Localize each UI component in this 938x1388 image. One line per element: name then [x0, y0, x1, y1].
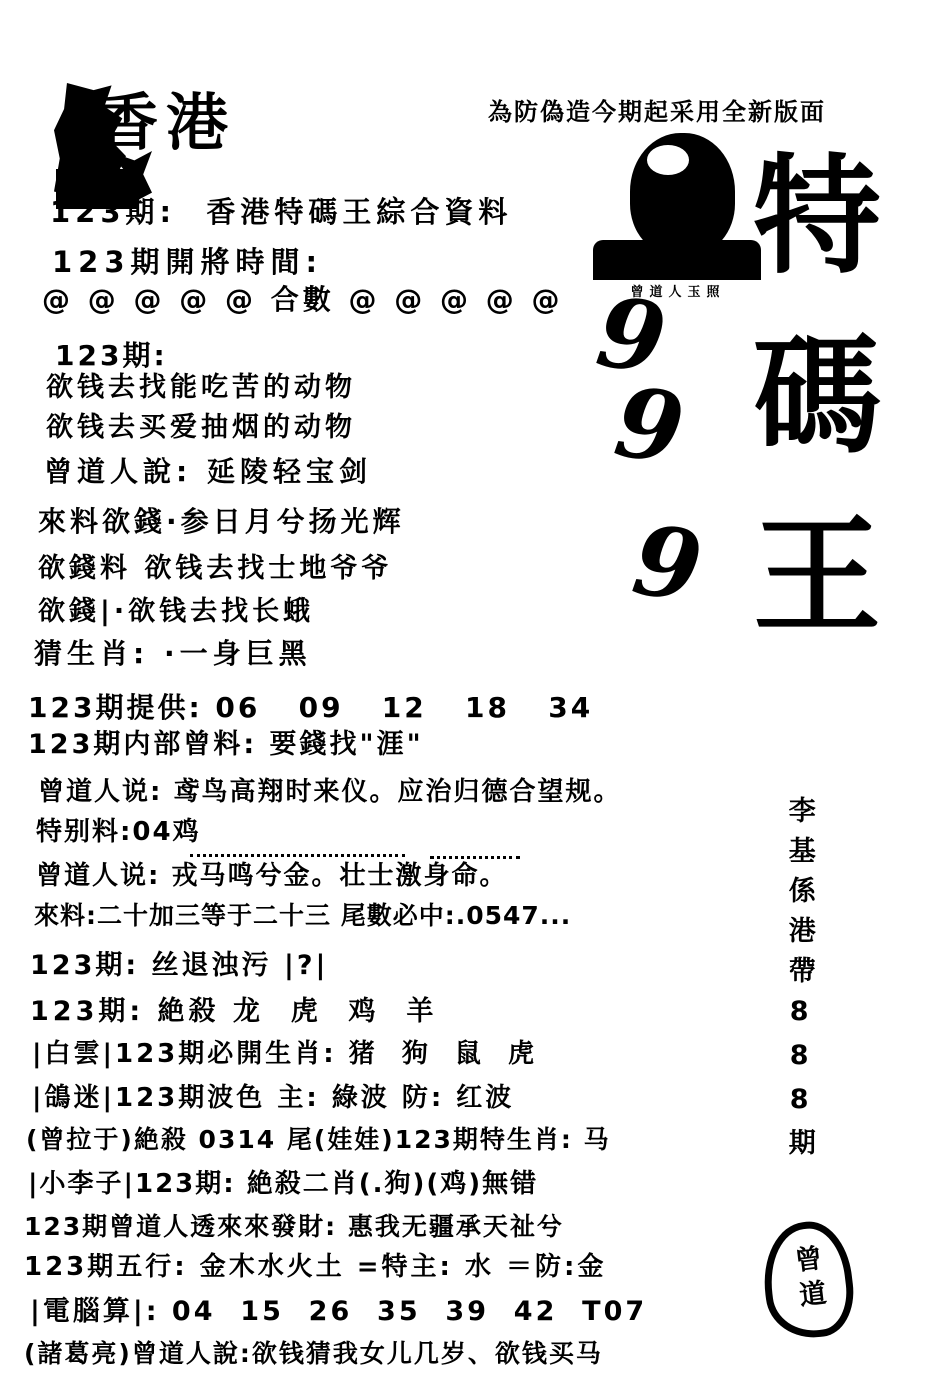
line-money-tip-3: 欲錢料 欲钱去找士地爷爷 [38, 553, 392, 584]
masthead-vertical-title: 特碼王 [742, 148, 870, 688]
line-issue-label: 123期: [55, 340, 168, 372]
line-five-elements: 123期五行: 金木水火土 =特主: 水 ＝防:金 [24, 1253, 606, 1283]
zengdao-seal-stamp: 曾道 [757, 1217, 858, 1343]
logo-title: 香港 [96, 73, 236, 162]
line-absolute-kill: 123期: 絶殺 龙 虎 鸡 羊 [30, 996, 437, 1027]
line-money-tip-1: 欲钱去找能吃苦的动物 [46, 372, 356, 403]
line-internal-tip: 123期内部曾料: 要錢找"涯" [28, 729, 424, 760]
line-issue-phrase: 123期: 丝退浊污 |?| [30, 950, 328, 981]
line-lailiao-1: 來料欲錢·参日月兮扬光辉 [38, 506, 405, 538]
dotted-rule-2 [430, 856, 520, 859]
line-lailiao-2: 來料:二十加三等于二十三 尾數必中:.0547... [34, 902, 571, 931]
line-zodiac-guess: 猜生肖: ·一身巨黑 [34, 638, 312, 670]
line-provided-numbers: 123期提供: 06 09 12 18 34 [28, 692, 593, 724]
line-fortune: 123期曾道人透來來發財: 惠我无疆承天祉兮 [24, 1213, 564, 1242]
line-gemi-wave-color: |鴿迷|123期波色 主: 綠波 防: 红波 [32, 1084, 514, 1114]
line-zengdaoren-saying-3: 曾道人说: 戎马鸣兮金。壮士激身命。 [36, 862, 507, 892]
line-at-sum-row: @ @ @ @ @ 合數 @ @ @ @ @ [42, 284, 563, 316]
line-baiyun-must-open: |白雲|123期必開生肖: 猪 狗 鼠 虎 [32, 1040, 537, 1070]
portrait-highlight [647, 145, 689, 175]
handwritten-nine-2: 9 [610, 374, 690, 478]
line-computer-calc: |電腦算|: 04 15 26 35 39 42 T07 [30, 1296, 647, 1327]
line-special-tip: 特别料:04鸡 [36, 818, 201, 848]
line-issue-title: 123期: 香港特碼王綜合資料 [50, 196, 512, 229]
line-zhuge-saying: (諸葛亮)曾道人說:欲钱猜我女儿几岁、欲钱买马 [24, 1340, 603, 1369]
line-xiaolizi-kill-two: |小李子|123期: 絶殺二肖(.狗)(鸡)無错 [28, 1170, 538, 1200]
seal-text: 曾道 [790, 1244, 825, 1317]
line-zengdaoren-saying-2: 曾道人说: 鸢鸟高翔时来仪。应治归德合望规。 [38, 778, 621, 808]
scanned-page: 香港 為防偽造今期起采用全新版面 曾道人玉照 特碼王 9 9 9 李基係港帶88… [0, 0, 938, 1388]
line-zengdaoren-saying-1: 曾道人說: 延陵轻宝剑 [44, 456, 372, 488]
line-money-tip-4: 欲錢|·欲钱去找长蛾 [38, 596, 314, 627]
side-vertical-column: 李基係港帶888期 [784, 796, 814, 1168]
line-zenglayu-kill-tails: (曾拉于)絶殺 0314 尾(娃娃)123期特生肖: 马 [26, 1126, 611, 1155]
anti-counterfeit-notice: 為防偽造今期起采用全新版面 [488, 92, 826, 127]
line-draw-time: 123期開將時間: [52, 246, 323, 279]
line-money-tip-2: 欲钱去买爱抽烟的动物 [46, 412, 356, 443]
handwritten-nine-3: 9 [628, 512, 708, 616]
dotted-rule [190, 854, 405, 857]
